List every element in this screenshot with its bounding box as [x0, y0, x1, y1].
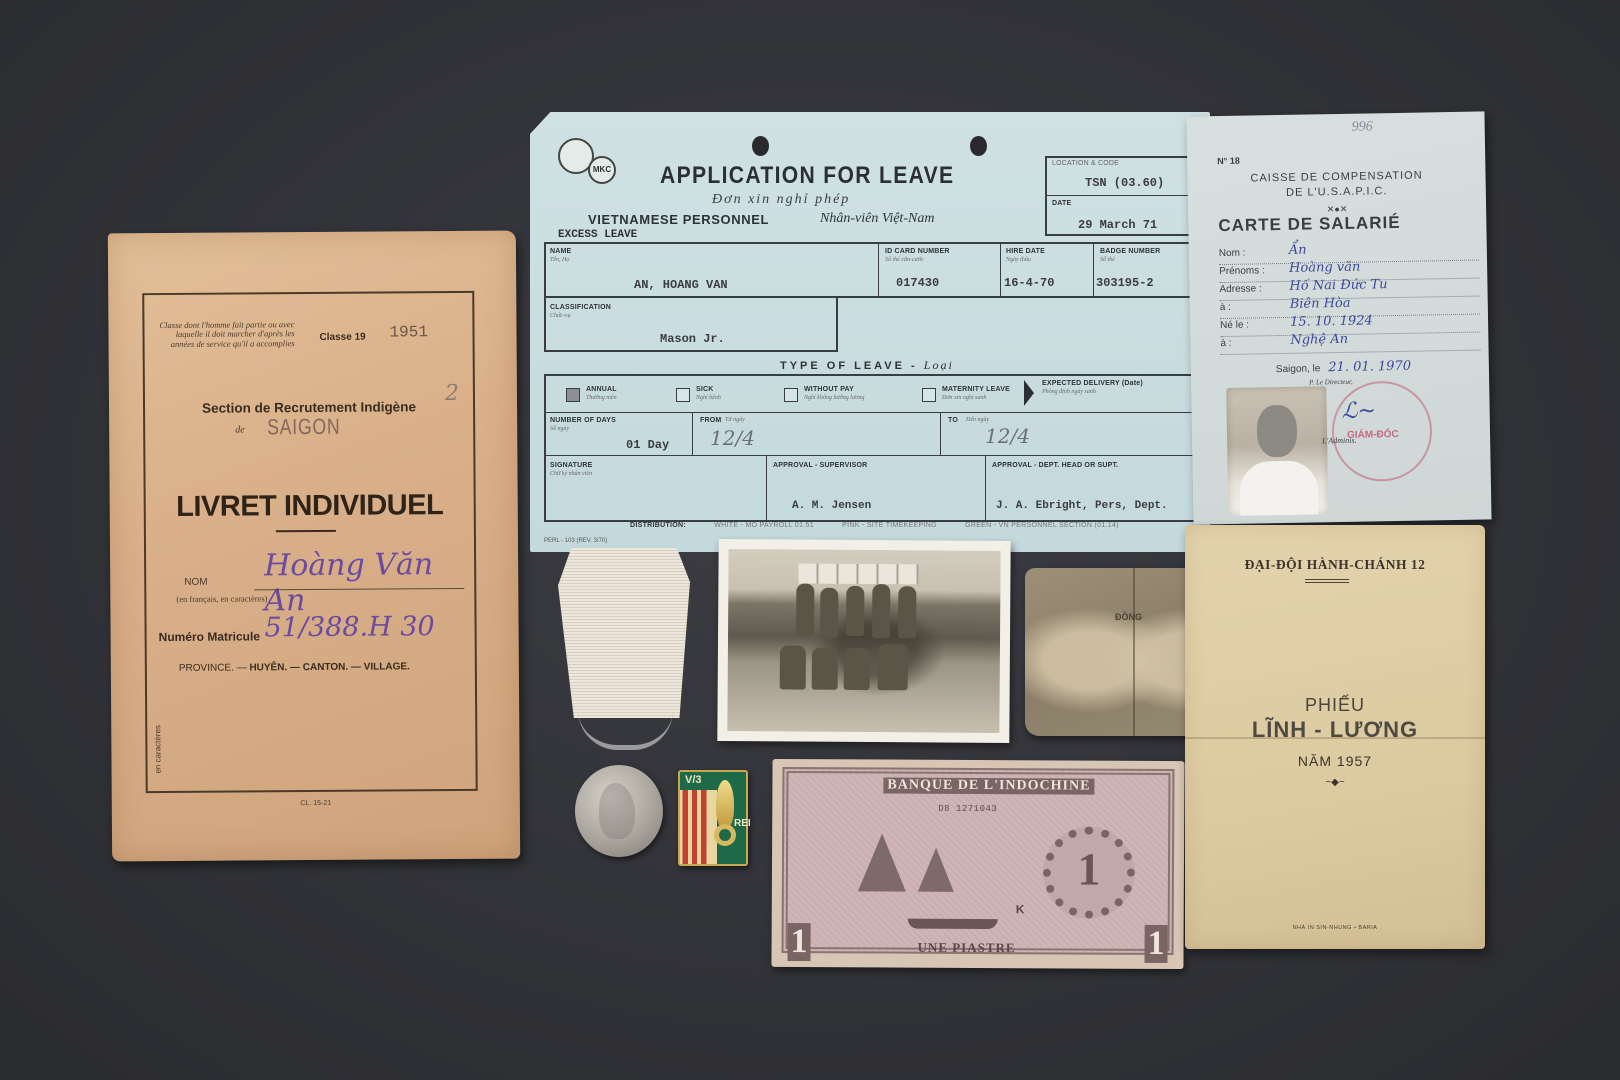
field-value: Nghệ An: [1290, 332, 1348, 348]
dept-label: APPROVAL - DEPT. HEAD OR SUPT.: [992, 462, 1118, 469]
maternity-sub: Đơn xin nghỉ sanh: [942, 395, 986, 401]
badge-top-text: V/3: [685, 774, 702, 786]
portrait-shirt: [1239, 460, 1318, 516]
annual-checkbox[interactable]: [566, 388, 580, 402]
field-label: Prénoms :: [1219, 265, 1265, 277]
supervisor-label: APPROVAL - SUPERVISOR: [773, 462, 867, 469]
huyen-canton-village: HUYÊN. — CANTON. — VILLAGE.: [249, 661, 409, 673]
id-value: 017430: [896, 276, 939, 290]
saigon-label: Saigon, le: [1276, 363, 1321, 375]
form-code: CL. 15-21: [112, 799, 520, 809]
field-value: Biên Hòa: [1290, 296, 1351, 312]
badge-sub: Số thẻ: [1100, 257, 1115, 263]
nom-label: NOM: [184, 577, 207, 588]
hire-sub: Ngày thâu: [1006, 257, 1031, 263]
personnel-label-vn: Nhân-viên Việt-Nam: [820, 211, 934, 227]
denomination-left: 1: [787, 923, 810, 961]
punch-hole: [752, 136, 769, 156]
soldier-figure: [898, 586, 916, 638]
livret-frame: Classe dont l'homme fait partie ou avec …: [142, 291, 477, 793]
distribution-white: WHITE - MO PAYROLL 01.51: [714, 522, 814, 529]
sick-checkbox[interactable]: [676, 388, 690, 402]
distribution-line: DISTRIBUTION: WHITE - MO PAYROLL 01.51 P…: [630, 522, 1145, 529]
saigon-date-line: Saigon, le21. 01. 1970: [1276, 359, 1411, 376]
classe-year: 1951: [389, 323, 428, 341]
id-photo: [1226, 386, 1328, 516]
to-label: TO: [948, 417, 958, 424]
badge-value: 303195-2: [1096, 276, 1154, 290]
days-value: 01 Day: [626, 438, 669, 452]
classification-sub: Chức-vụ: [550, 313, 571, 319]
id-label: ID CARD NUMBER: [885, 248, 950, 255]
year-label: NĂM 1957: [1185, 753, 1485, 769]
form-title: APPLICATION FOR LEAVE: [660, 162, 954, 190]
divider: [878, 242, 879, 298]
divider: [766, 455, 767, 522]
banknote-field: BANQUE DE L'INDOCHINE D8 1271043 1 K 1 1…: [782, 767, 1175, 955]
province-line: PROVINCE. — HUYÊN. — CANTON. — VILLAGE.: [179, 661, 410, 674]
worn-note-mark: ĐỒNG: [1115, 612, 1142, 622]
field-value: 15. 10. 1924: [1290, 313, 1373, 329]
nom-sub: (en français, en caractères): [176, 594, 267, 604]
double-rule: [1305, 579, 1349, 583]
without-pay-label: WITHOUT PAY: [804, 386, 854, 393]
divider: [544, 455, 1216, 456]
arrow-right-icon: [1024, 380, 1034, 406]
denomination-right: 1: [1144, 925, 1167, 963]
de-label: de: [235, 424, 245, 435]
marianne-profile: [599, 783, 635, 839]
classe-label: Classe 19: [320, 332, 366, 343]
grenade-icon: [714, 824, 736, 846]
laurel-wreath-icon: [578, 710, 673, 750]
without-pay-checkbox[interactable]: [784, 388, 798, 402]
field-value: Ẩn: [1289, 243, 1307, 258]
printer-credit: NHÀ IN SIN-NHUNG • BARIA: [1185, 925, 1485, 931]
classification-value: Mason Jr.: [660, 332, 725, 346]
carte-title: CARTE DE SALARIÉ: [1218, 213, 1401, 236]
location-label: LOCATION & CODE: [1052, 160, 1119, 167]
to-value: 12/4: [985, 424, 1030, 448]
to-sub: Đến ngày: [966, 417, 989, 423]
distribution-pink: PINK - SITE TIMEKEEPING: [842, 522, 937, 529]
value-text: UNE PIASTRE: [918, 940, 1016, 957]
vertical-label: en caractères: [153, 725, 162, 774]
type-title-en: TYPE OF LEAVE -: [780, 360, 918, 372]
denomination-rosette: 1: [1043, 826, 1135, 918]
soldier-figure: [878, 644, 908, 690]
card-no: N° 18: [1217, 156, 1240, 166]
soldier-figure: [820, 588, 838, 638]
classe-note: Classe dont l'homme fait partie ou avec …: [154, 320, 294, 349]
signature-sub: Chữ ký nhân viên: [550, 471, 592, 477]
soldier-figure: [796, 584, 814, 636]
date-label: DATE: [1052, 200, 1071, 207]
province-label: PROVINCE. —: [179, 662, 247, 673]
form-number: PERL - 103 (REV. 3/70): [544, 538, 607, 544]
card-number-handwritten: 996: [1352, 119, 1373, 135]
unit-title: ĐẠI-ĐỘI HÀNH-CHÁNH 12: [1185, 557, 1485, 573]
classification-label: CLASSIFICATION: [550, 304, 611, 311]
typed-header: EXCESS LEAVE: [558, 229, 637, 241]
application-for-leave-form: MKC APPLICATION FOR LEAVE Đơn xin nghỉ p…: [530, 112, 1210, 552]
photo-image: [727, 549, 1000, 733]
name-sub: Tên, Họ: [550, 257, 569, 263]
field-label: à :: [1220, 302, 1231, 313]
caisse-header: CAISSE DE COMPENSATION DE L'U.S.A.P.I.C.: [1187, 167, 1485, 203]
silver-medal-icon: [575, 765, 663, 857]
badge-rei-text: REI: [734, 818, 746, 830]
phieu-linh-luong-booklet: ĐẠI-ĐỘI HÀNH-CHÁNH 12 PHIẾU LĨNH - LƯƠNG…: [1185, 525, 1485, 949]
matricule-value: 51/388.H 30: [264, 611, 434, 643]
matricule-label: Numéro Matricule: [159, 629, 260, 644]
supervisor-value: A. M. Jensen: [792, 500, 871, 512]
city-stamp: SAIGON: [267, 414, 340, 441]
livret-title: LIVRET INDIVIDUEL: [146, 489, 474, 524]
junk-sail-icon: [858, 833, 906, 891]
boat-icon: [908, 919, 998, 929]
signature-label: SIGNATURE: [550, 462, 593, 469]
director-signature: ℒ~: [1341, 398, 1376, 424]
le-directeur: L'Adminis.: [1322, 436, 1357, 446]
serial-number: D8 1271043: [938, 804, 997, 814]
livret-individuel-booklet: Classe dont l'homme fait partie ou avec …: [108, 231, 520, 862]
directeur-label: P. Le Directeur,: [1309, 378, 1353, 387]
date-value: 29 March 71: [1078, 218, 1157, 232]
days-label: NUMBER OF DAYS: [550, 417, 616, 424]
distribution-label: DISTRIBUTION:: [630, 522, 686, 529]
title-rule: [276, 530, 336, 532]
sick-sub: Nghỉ bệnh: [696, 395, 721, 401]
from-sub: Từ ngày: [725, 417, 745, 423]
name-label: NAME: [550, 248, 571, 255]
expected-label: EXPECTED DELIVERY (Date): [1042, 380, 1143, 387]
distribution-green: GREEN - VN PERSONNEL SECTION (01.14): [965, 522, 1119, 529]
divider: [1000, 242, 1001, 298]
carte-de-salarie-card: 996 N° 18 CAISSE DE COMPENSATION DE L'U.…: [1186, 111, 1491, 524]
name-value: AN, HOANG VAN: [634, 278, 728, 292]
junk-sail-icon: [918, 848, 954, 892]
saigon-date: 21. 01. 1970: [1328, 359, 1411, 375]
maternity-label: MATERNITY LEAVE: [942, 386, 1010, 393]
bank-name: BANQUE DE L'INDOCHINE: [883, 778, 1094, 795]
denomination-large: 1: [1051, 842, 1127, 895]
grenade-flame-icon: [716, 780, 734, 828]
type-title-vn: Loại: [924, 358, 954, 372]
field-label: Nom :: [1219, 248, 1246, 259]
hire-value: 16-4-70: [1004, 276, 1054, 290]
personnel-label: VIETNAMESE PERSONNEL: [588, 212, 769, 227]
form-title-vn: Đơn xin nghỉ phép: [712, 192, 850, 208]
regimental-badge: V/3 REI: [678, 770, 748, 866]
divider: [544, 412, 1216, 413]
soldier-figure: [844, 648, 870, 690]
location-value: TSN (03.60): [1085, 176, 1164, 190]
soldier-figure: [812, 648, 838, 690]
portrait-head: [1257, 405, 1298, 458]
divider: [940, 412, 941, 455]
from-label: FROM: [700, 417, 721, 424]
from-value: 12/4: [710, 426, 755, 450]
soldier-figure: [846, 586, 864, 636]
divider: [692, 412, 693, 455]
without-pay-sub: Nghỉ không hưởng lương: [804, 395, 864, 401]
annual-label: ANNUAL: [586, 386, 617, 393]
one-piastre-banknote: BANQUE DE L'INDOCHINE D8 1271043 1 K 1 1…: [771, 759, 1184, 969]
punch-hole: [970, 136, 987, 156]
field-value: Hố Nai Đức Tu: [1289, 277, 1387, 294]
divider: [985, 455, 986, 522]
sick-label: SICK: [696, 386, 714, 393]
hire-label: HIRE DATE: [1006, 248, 1045, 255]
field-birthplace: à :Nghệ An: [1220, 334, 1480, 356]
soldier-figure: [872, 584, 890, 638]
badge-label: BADGE NUMBER: [1100, 248, 1160, 255]
soldiers-group-photo: [717, 539, 1010, 743]
field-label: à :: [1220, 338, 1231, 349]
type-of-leave-title: TYPE OF LEAVE - Loại: [780, 358, 954, 373]
nom-value: Hoàng Văn An: [264, 547, 474, 618]
mkc-logo-icon: MKC: [588, 156, 616, 184]
series-letter: K: [1016, 902, 1025, 916]
field-label: Né le :: [1220, 320, 1249, 332]
annual-sub: Thường niên: [586, 395, 617, 401]
medal-ribbon: [558, 548, 690, 718]
divider: [1093, 242, 1094, 298]
fold-crease: [1133, 568, 1135, 736]
soldier-figure: [780, 645, 806, 689]
maternity-checkbox[interactable]: [922, 388, 936, 402]
field-value: Hoàng văn: [1289, 260, 1360, 276]
ornament-icon: ~◆~: [1185, 777, 1485, 788]
days-sub: Số ngày: [550, 426, 569, 432]
linh-luong-title: LĨNH - LƯƠNG: [1185, 717, 1485, 743]
phieu-title: PHIẾU: [1185, 695, 1485, 716]
expected-sub: Phỏng định ngày sanh: [1042, 389, 1096, 395]
building-roof: [798, 564, 918, 585]
field-label: Adresse :: [1219, 283, 1261, 295]
dept-value: J. A. Ebright, Pers, Dept.: [996, 500, 1168, 512]
id-sub: Số thẻ căn-cước: [885, 257, 924, 263]
